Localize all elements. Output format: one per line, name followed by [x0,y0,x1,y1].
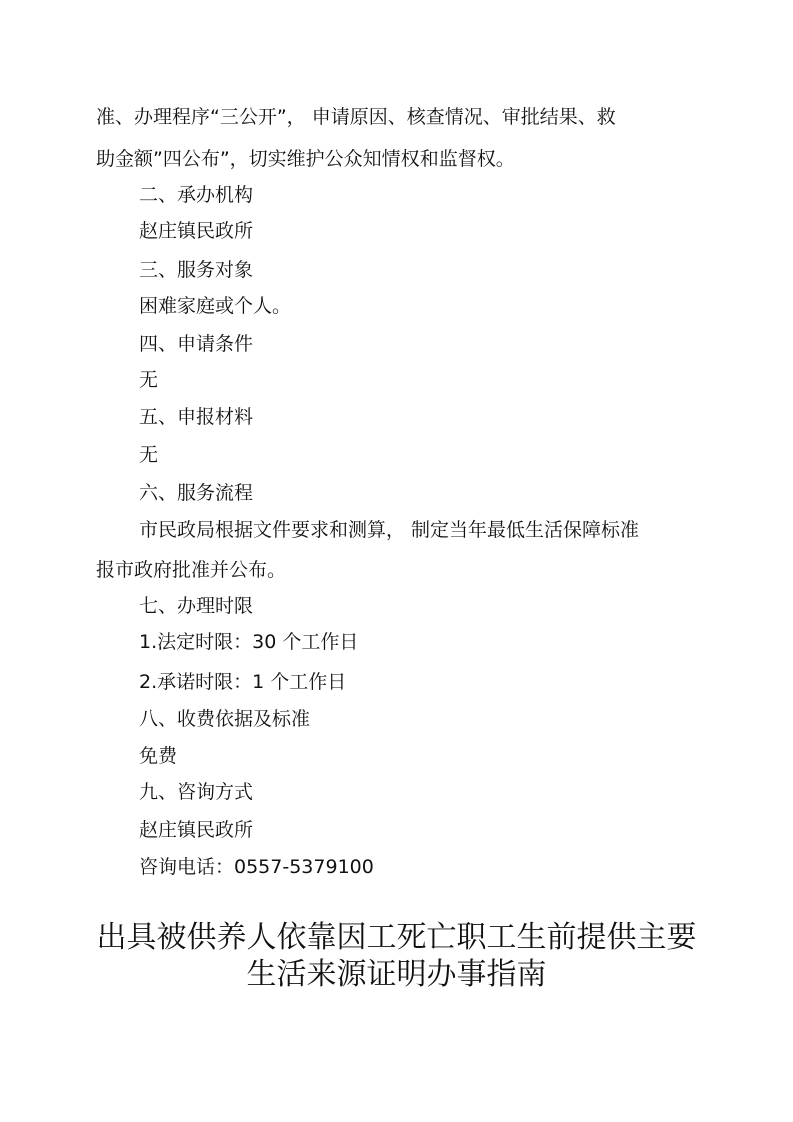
legal-time-limit: 1.法定时限：30 个工作日 [139,630,358,654]
section-heading-time-limit: 七、办理时限 [139,594,253,618]
process-text: 市民政局根据文件要求和测算， 制定当年最低生活保障标准 [139,518,639,542]
consultation-agency: 赵庄镇民政所 [139,818,253,842]
section-heading-conditions: 四、申请条件 [139,332,253,356]
promised-time-limit: 2.承诺时限：1 个工作日 [139,670,346,694]
guide-title-line2: 生活来源证明办事指南 [0,957,793,993]
conditions-value: 无 [139,368,158,392]
section-heading-fees: 八、收费依据及标准 [139,707,310,731]
section-heading-agency: 二、承办机构 [139,183,253,207]
process-text-cont: 报市政府批准并公布。 [96,558,286,582]
consultation-phone: 咨询电话：0557-5379100 [139,855,374,879]
guide-title-line1: 出具被供养人依靠因工死亡职工生前提供主要 [0,920,793,956]
fees-value: 免费 [139,744,177,768]
section-heading-materials: 五、申报材料 [139,405,253,429]
section-heading-consultation: 九、咨询方式 [139,780,253,804]
service-target-value: 困难家庭或个人。 [139,294,291,318]
section-heading-process: 六、服务流程 [139,481,253,505]
section-heading-service-target: 三、服务对象 [139,258,253,282]
agency-value: 赵庄镇民政所 [139,219,253,243]
body-text-line: 助金额”四公布”，切实维护公众知情权和监督权。 [96,147,515,171]
body-text-line: 准、办理程序“三公开”， 申请原因、核查情况、审批结果、救 [96,105,616,129]
materials-value: 无 [139,443,158,467]
